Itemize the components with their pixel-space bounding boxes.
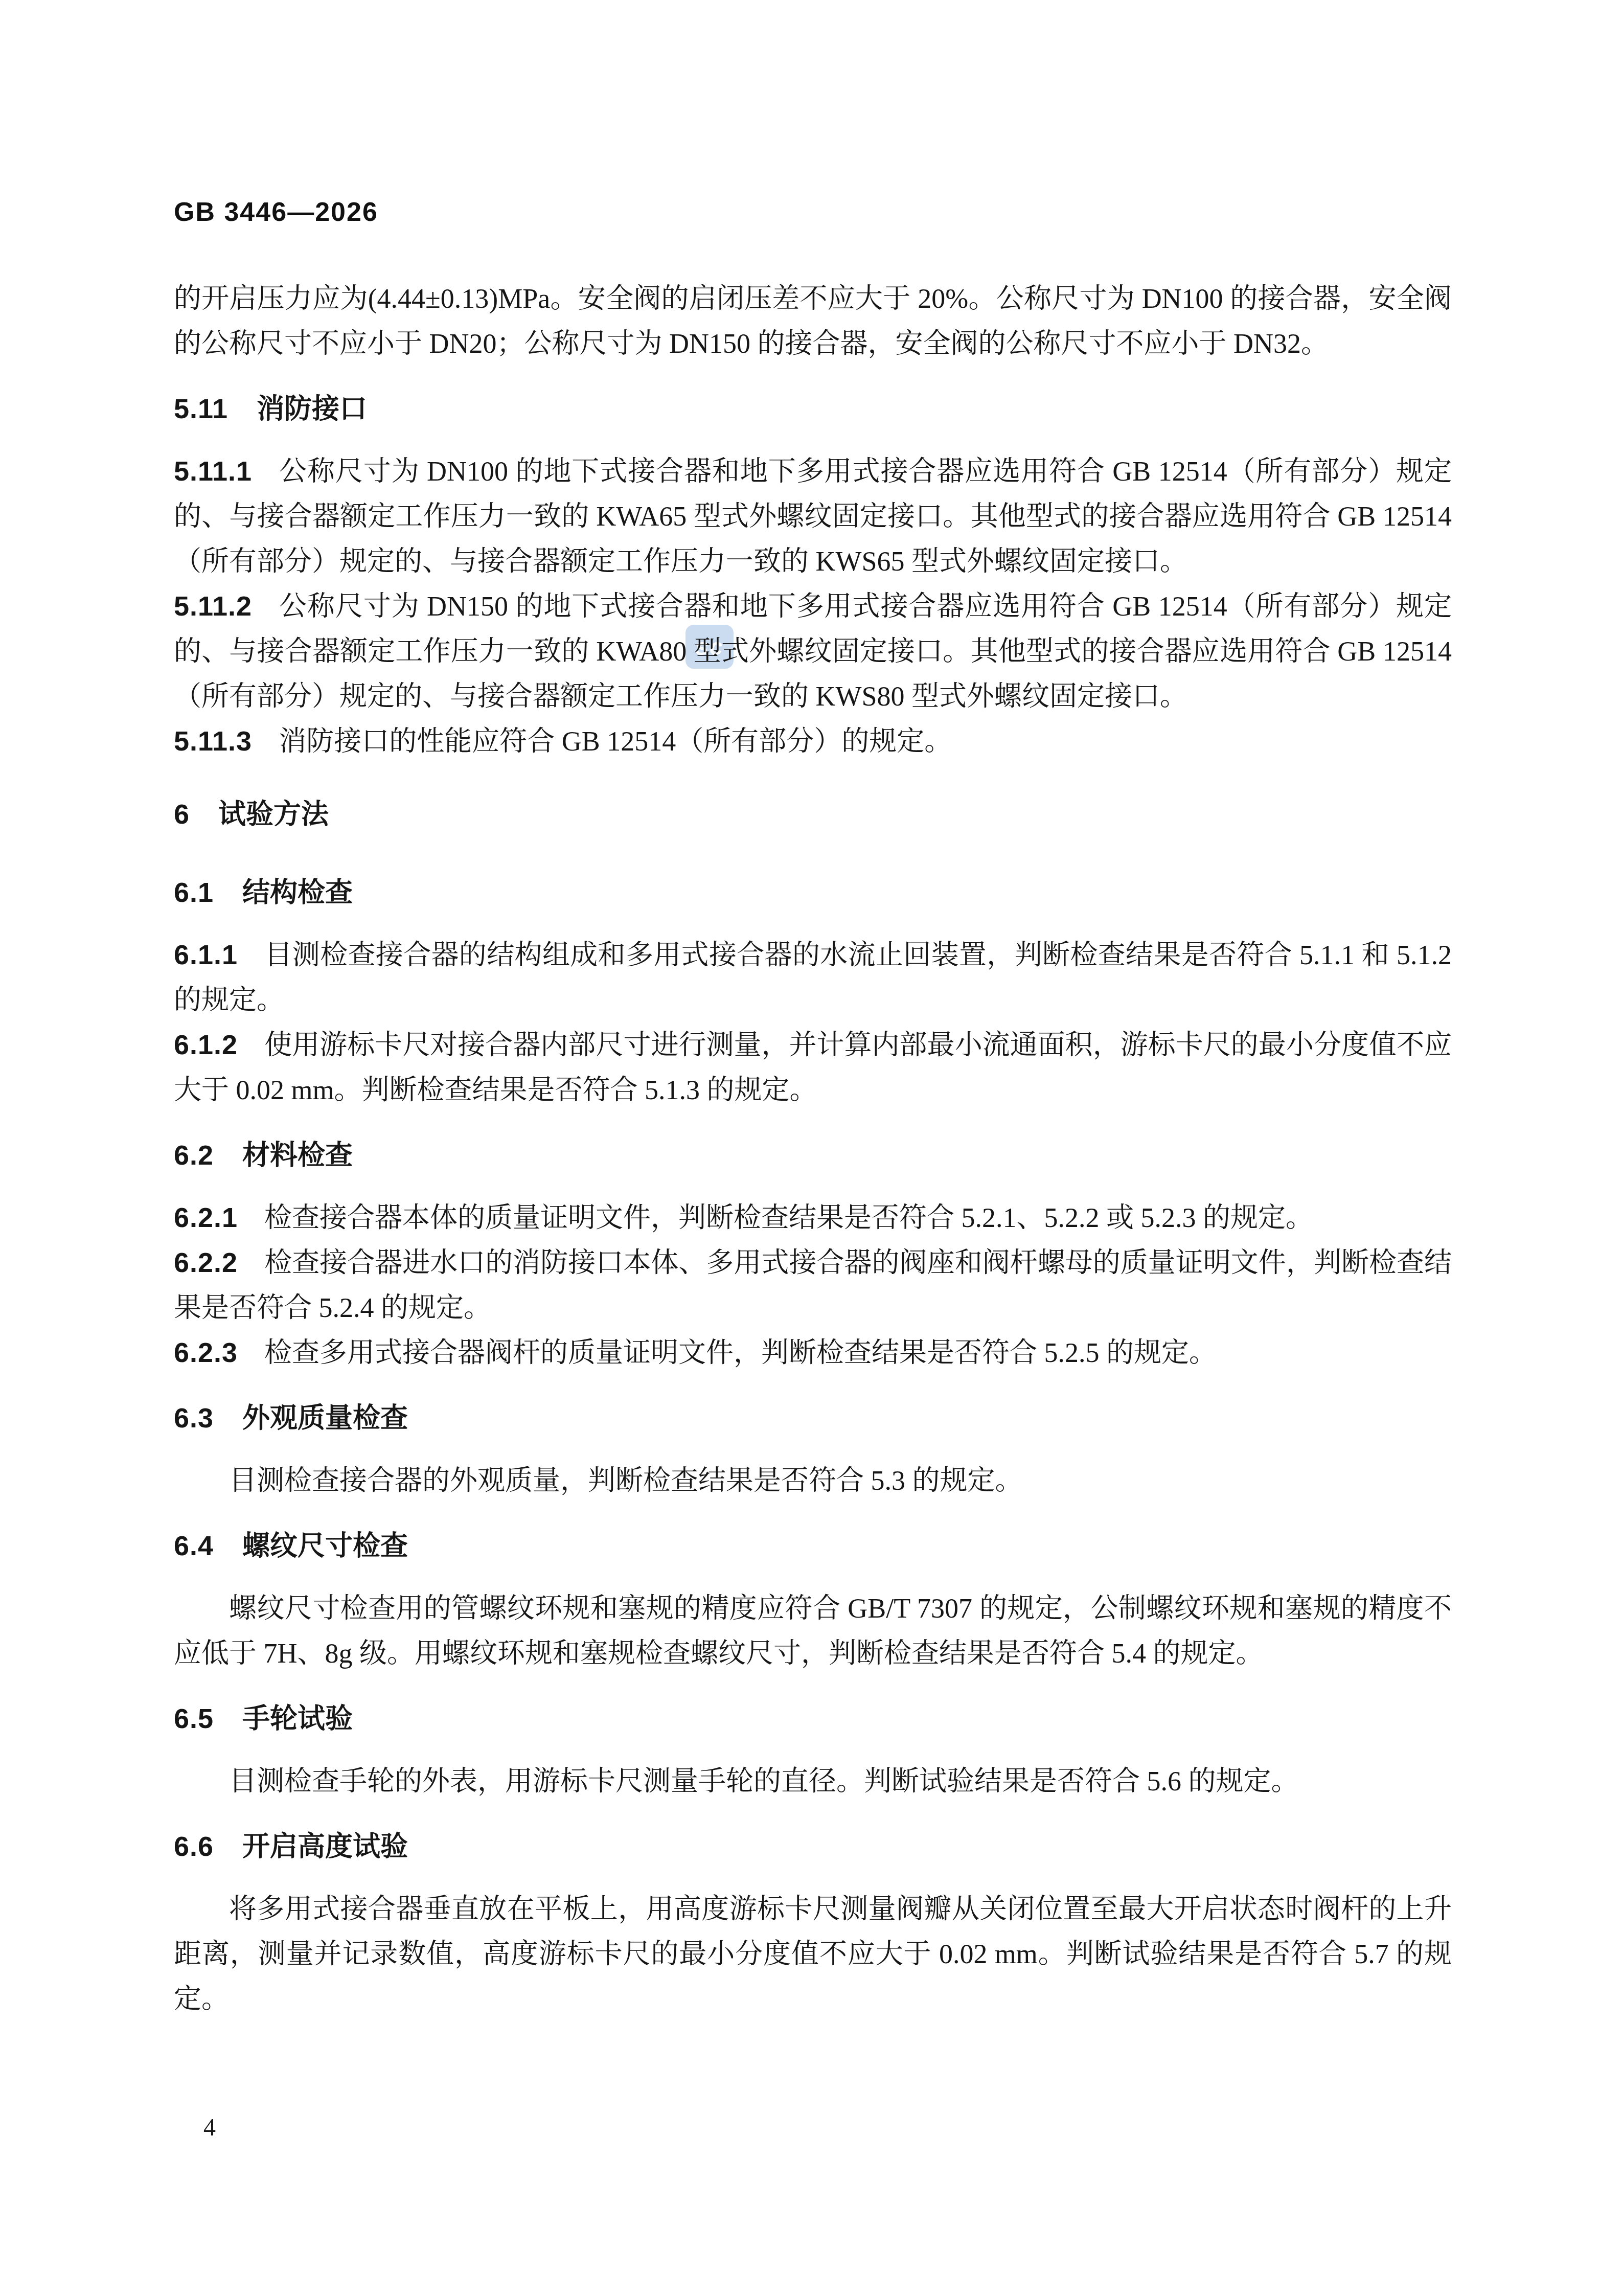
clause-text: 检查接合器进水口的消防接口本体、多用式接合器的阀座和阀杆螺母的质量证明文件，判断… (174, 1247, 1452, 1323)
clause-number: 5.11.2 (174, 591, 252, 622)
clause-number: 5.11.3 (174, 726, 252, 757)
heading-title: 消防接口 (257, 394, 367, 424)
clause-text: 消防接口的性能应符合 GB 12514（所有部分）的规定。 (279, 726, 952, 757)
heading-number: 5.11 (174, 394, 228, 424)
clause-text: 检查接合器本体的质量证明文件，判断检查结果是否符合 5.2.1、5.2.2 或 … (264, 1202, 1313, 1233)
heading-number: 6.2 (174, 1140, 214, 1171)
body-paragraph: 的开启压力应为(4.44±0.13)MPa。安全阀的启闭压差不应大于 20%。公… (174, 276, 1452, 366)
body-paragraph: 目测检查接合器的外观质量，判断检查结果是否符合 5.3 的规定。 (174, 1458, 1452, 1503)
clause-text: 目测检查接合器的结构组成和多用式接合器的水流止回装置，判断检查结果是否符合 5.… (174, 940, 1452, 1015)
heading-number: 6.6 (174, 1831, 214, 1862)
doc-code: GB 3446—2026 (174, 197, 1452, 228)
clause-paragraph: 6.1.2使用游标卡尺对接合器内部尺寸进行测量，并计算内部最小流通面积，游标卡尺… (174, 1022, 1452, 1112)
heading-title: 外观质量检查 (242, 1403, 408, 1434)
heading-number: 6.4 (174, 1531, 214, 1561)
section-heading: 6.4螺纹尺寸检查 (174, 1524, 1452, 1568)
paragraph-text: 的开启压力应为(4.44±0.13)MPa。安全阀的启闭压差不应大于 20%。公… (174, 283, 1452, 359)
body-paragraph: 螺纹尺寸检查用的管螺纹环规和塞规的精度应符合 GB/T 7307 的规定，公制螺… (174, 1586, 1452, 1676)
clause-text: 公称尺寸为 DN100 的地下式接合器和地下多用式接合器应选用符合 GB 125… (174, 456, 1452, 577)
heading-number: 6 (174, 799, 190, 830)
clause-paragraph: 6.2.3检查多用式接合器阀杆的质量证明文件，判断检查结果是否符合 5.2.5 … (174, 1330, 1452, 1375)
clause-text: 检查多用式接合器阀杆的质量证明文件，判断检查结果是否符合 5.2.5 的规定。 (264, 1337, 1217, 1368)
section-heading: 6.6开启高度试验 (174, 1824, 1452, 1869)
section-heading: 6.5手轮试验 (174, 1696, 1452, 1741)
paragraph-text: 螺纹尺寸检查用的管螺纹环规和塞规的精度应符合 GB/T 7307 的规定，公制螺… (174, 1593, 1452, 1669)
heading-title: 试验方法 (218, 799, 329, 830)
paragraph-text: 目测检查接合器的外观质量，判断检查结果是否符合 5.3 的规定。 (229, 1465, 1023, 1496)
document-content: GB 3446—2026 的开启压力应为(4.44±0.13)MPa。安全阀的启… (174, 197, 1452, 2021)
page-number: 4 (203, 2105, 216, 2150)
heading-title: 手轮试验 (242, 1703, 353, 1734)
clause-text: 公称尺寸为 DN150 的地下式接合器和地下多用式接合器应选用符合 GB 125… (174, 591, 1452, 712)
document-body: 的开启压力应为(4.44±0.13)MPa。安全阀的启闭压差不应大于 20%。公… (174, 276, 1452, 2021)
clause-paragraph: 5.11.3消防接口的性能应符合 GB 12514（所有部分）的规定。 (174, 719, 1452, 764)
clause-paragraph: 5.11.2公称尺寸为 DN150 的地下式接合器和地下多用式接合器应选用符合 … (174, 584, 1452, 719)
clause-paragraph: 6.2.1检查接合器本体的质量证明文件，判断检查结果是否符合 5.2.1、5.2… (174, 1195, 1452, 1240)
clause-number: 6.1.1 (174, 940, 238, 970)
heading-title: 结构检查 (242, 877, 353, 908)
clause-number: 5.11.1 (174, 456, 252, 487)
paragraph-text: 将多用式接合器垂直放在平板上，用高度游标卡尺测量阀瓣从关闭位置至最大开启状态时阀… (174, 1894, 1452, 2014)
section-heading: 5.11消防接口 (174, 387, 1452, 431)
clause-number: 6.2.3 (174, 1337, 238, 1368)
heading-number: 6.1 (174, 877, 214, 908)
heading-title: 材料检查 (242, 1140, 353, 1171)
body-paragraph: 目测检查手轮的外表，用游标卡尺测量手轮的直径。判断试验结果是否符合 5.6 的规… (174, 1759, 1452, 1804)
heading-number: 6.3 (174, 1403, 214, 1434)
clause-number: 6.2.1 (174, 1202, 238, 1233)
heading-number: 6.5 (174, 1703, 214, 1734)
section-heading: 6.1结构检查 (174, 870, 1452, 915)
section-heading: 6.3外观质量检查 (174, 1396, 1452, 1441)
heading-title: 开启高度试验 (242, 1831, 408, 1862)
standard-document-page: sc GB 3446—2026 的开启压力应为(4.44±0.13)MPa。安全… (0, 0, 1623, 2296)
paragraph-text: 目测检查手轮的外表，用游标卡尺测量手轮的直径。判断试验结果是否符合 5.6 的规… (229, 1766, 1299, 1797)
body-paragraph: 将多用式接合器垂直放在平板上，用高度游标卡尺测量阀瓣从关闭位置至最大开启状态时阀… (174, 1886, 1452, 2021)
clause-paragraph: 6.2.2检查接合器进水口的消防接口本体、多用式接合器的阀座和阀杆螺母的质量证明… (174, 1240, 1452, 1330)
clause-paragraph: 5.11.1公称尺寸为 DN100 的地下式接合器和地下多用式接合器应选用符合 … (174, 449, 1452, 584)
heading-title: 螺纹尺寸检查 (242, 1531, 408, 1561)
section-heading: 6.2材料检查 (174, 1133, 1452, 1178)
clause-text: 使用游标卡尺对接合器内部尺寸进行测量，并计算内部最小流通面积，游标卡尺的最小分度… (174, 1030, 1452, 1105)
clause-number: 6.2.2 (174, 1247, 238, 1278)
clause-paragraph: 6.1.1目测检查接合器的结构组成和多用式接合器的水流止回装置，判断检查结果是否… (174, 933, 1452, 1022)
clause-number: 6.1.2 (174, 1030, 238, 1060)
chapter-heading: 6试验方法 (174, 792, 1452, 837)
